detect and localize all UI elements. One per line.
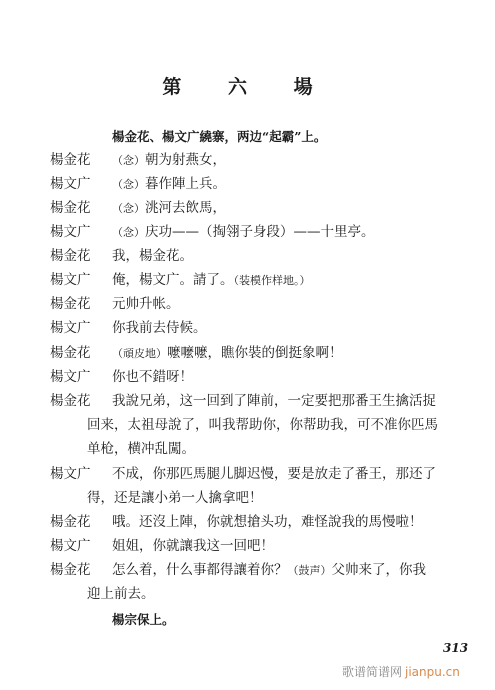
speaker: 楊金花 [50, 391, 112, 411]
line-continuation: 单枪，横冲乱闖。 [87, 439, 195, 459]
line-text: 姐姐，你就讓我这一回吧！ [112, 538, 274, 554]
line-text: 哦。还沒上陣，你就想搶头功，难怪說我的馬慢啦！ [112, 514, 423, 530]
dialogue-line: 楊金花（頑皮地）嚒嚒嚒，瞧你裝的倒挺象啊！ [50, 343, 343, 363]
line-text: 我說兄弟，这一回到了陣前，一定要把那番王生擒活捉 [112, 393, 436, 409]
watermark-text: 歌谱简谱网 [342, 665, 402, 679]
line-text: 不成，你那匹馬腿儿脚迟慢，要是放走了番王，那还了 [112, 466, 436, 482]
line-continuation: 得，还是讓小弟一人擒拿吧！ [87, 488, 263, 508]
dialogue-line: 楊金花（念）洮河去飲馬， [50, 198, 226, 218]
line-continuation: 回来，太祖母說了，叫我帮助你，你帮助我，可不准你匹馬 [87, 415, 438, 435]
dialogue-line: 楊金花我說兄弟，这一回到了陣前，一定要把那番王生擒活捉 [50, 391, 436, 411]
speaker: 楊文广 [50, 174, 112, 194]
speaker: 楊金花 [50, 560, 112, 580]
line-text: 暮作陣上兵。 [145, 176, 226, 192]
line-text: 父帅来了，你我 [332, 562, 427, 578]
stage-direction-entrance: 楊金花、楊文广繞寨，两边“起霸”上。 [112, 127, 326, 145]
dialogue-line: 楊金花哦。还沒上陣，你就想搶头功，难怪說我的馬慢啦！ [50, 512, 423, 532]
line-text: 庆功——（掏翎子身段）——十里亭。 [145, 224, 375, 240]
dialogue-line: 楊文广你我前去侍候。 [50, 318, 207, 338]
dialogue-line: 楊金花元帅升帐。 [50, 294, 180, 314]
stage-note: （頑皮地） [112, 347, 167, 360]
dialogue-line: 楊金花怎么着，什么事都得讓着你？（鼓声）父帅来了，你我 [50, 560, 426, 580]
speaker: 楊金花 [50, 198, 112, 218]
stage-note: （鼓声） [288, 564, 332, 577]
stage-direction-exit: 楊宗保上。 [112, 610, 175, 628]
line-text: 我，楊金花。 [112, 248, 193, 264]
stage-note: （念） [112, 178, 145, 191]
speaker: 楊文广 [50, 464, 112, 484]
speaker: 楊金花 [50, 150, 112, 170]
line-text: 怎么着，什么事都得讓着你？ [112, 562, 288, 578]
speaker: 楊金花 [50, 343, 112, 363]
dialogue-line: 楊文广不成，你那匹馬腿儿脚迟慢，要是放走了番王，那还了 [50, 464, 436, 484]
line-text: 你也不錯呀！ [112, 369, 193, 385]
speaker: 楊文广 [50, 318, 112, 338]
speaker: 楊文广 [50, 222, 112, 242]
dialogue-line: 楊金花我，楊金花。 [50, 246, 193, 266]
page-number: 313 [443, 641, 468, 655]
watermark-site: jianpu.cn [405, 665, 460, 679]
watermark: 歌谱简谱网jianpu.cn [342, 663, 460, 680]
stage-note: （念） [112, 154, 145, 167]
line-text: 洮河去飲馬， [145, 200, 226, 216]
speaker: 楊金花 [50, 246, 112, 266]
speaker: 楊文广 [50, 367, 112, 387]
line-text: 元帅升帐。 [112, 296, 180, 312]
speaker: 楊文广 [50, 270, 112, 290]
line-text: 嚒嚒嚒，瞧你裝的倒挺象啊！ [167, 345, 343, 361]
line-text: 你我前去侍候。 [112, 320, 207, 336]
dialogue-line: 楊文广（念）庆功——（掏翎子身段）——十里亭。 [50, 222, 375, 242]
stage-note: （装模作样地。） [234, 274, 311, 287]
dialogue-line: 楊文广（念）暮作陣上兵。 [50, 174, 226, 194]
speaker: 楊金花 [50, 294, 112, 314]
line-text: 朝为射燕女， [145, 152, 226, 168]
speaker: 楊文广 [50, 536, 112, 556]
stage-note: （念） [112, 202, 145, 215]
dialogue-line: 楊金花（念）朝为射燕女， [50, 150, 226, 170]
dialogue-line: 楊文广姐姐，你就讓我这一回吧！ [50, 536, 274, 556]
speaker: 楊金花 [50, 512, 112, 532]
dialogue-line: 楊文广你也不錯呀！ [50, 367, 193, 387]
page-title: 第 六 場 [0, 72, 495, 99]
line-text: 俺，楊文广。請了。 [112, 272, 234, 288]
stage-note: （念） [112, 226, 145, 239]
dialogue-line: 楊文广俺，楊文广。請了。（装模作样地。） [50, 270, 311, 290]
line-continuation: 迎上前去。 [87, 584, 155, 604]
